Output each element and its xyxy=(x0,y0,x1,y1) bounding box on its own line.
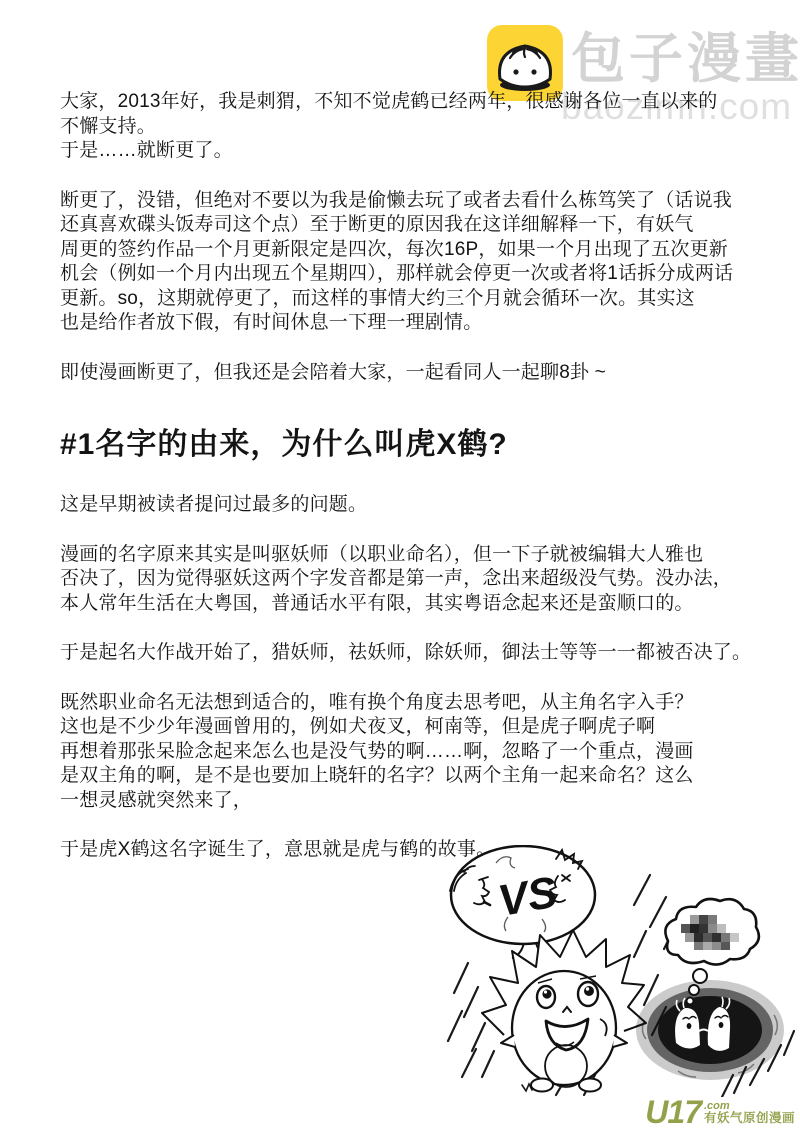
u17-domain: .com xyxy=(704,1101,795,1111)
fangirls-dark-cloud xyxy=(636,980,784,1080)
paragraph-naming-battle: 于是起名大作战开始了，猎妖师，祛妖师，除妖师，御法士等等一一都被否决了。 xyxy=(60,641,786,666)
u17-logo: U17 .com 有妖气原创漫画 xyxy=(645,1099,795,1125)
watermark-brand: 包子漫畫 xyxy=(571,29,800,89)
u17-logo-text: U17 xyxy=(645,1099,701,1125)
hedgehog-mascot xyxy=(482,930,646,1092)
paragraph-greeting: 大家，2013年好，我是刺猬，不知不觉虎鹤已经两年，很感谢各位一直以来的 不懈支… xyxy=(60,90,786,164)
paragraph-hiatus-reason: 断更了，没错，但绝对不要以为我是偷懒去玩了或者去看什么栋笃笑了（话说我 还真喜欢… xyxy=(60,189,786,336)
hedgehog-vs-illustration: VS xyxy=(438,845,798,1102)
author-note: 大家，2013年好，我是刺猬，不知不觉虎鹤已经两年，很感谢各位一直以来的 不懈支… xyxy=(60,90,786,888)
vs-label: VS xyxy=(495,867,561,925)
paragraph-original-title: 漫画的名字原来其实是叫驱妖师（以职业命名），但一下子就被编辑大人雅也 否决了，因… xyxy=(60,543,786,617)
u17-tagline: 有妖气原创漫画 xyxy=(704,1111,795,1125)
paragraph-new-angle: 既然职业命名无法想到适合的，唯有换个角度去思考吧，从主角名字入手？ 这也是不少少… xyxy=(60,691,786,814)
section-heading-name-origin: #1名字的由来，为什么叫虎X鹤? xyxy=(60,427,786,463)
paragraph-stay-with-fans: 即使漫画断更了，但我还是会陪着大家，一起看同人一起聊8卦 ~ xyxy=(60,361,786,386)
paragraph-most-asked: 这是早期被读者提问过最多的问题。 xyxy=(60,493,786,518)
comic-page: 包子漫畫 baozimh.com 大家，2013年好，我是刺猬，不知不觉虎鹤已经… xyxy=(0,0,800,1129)
